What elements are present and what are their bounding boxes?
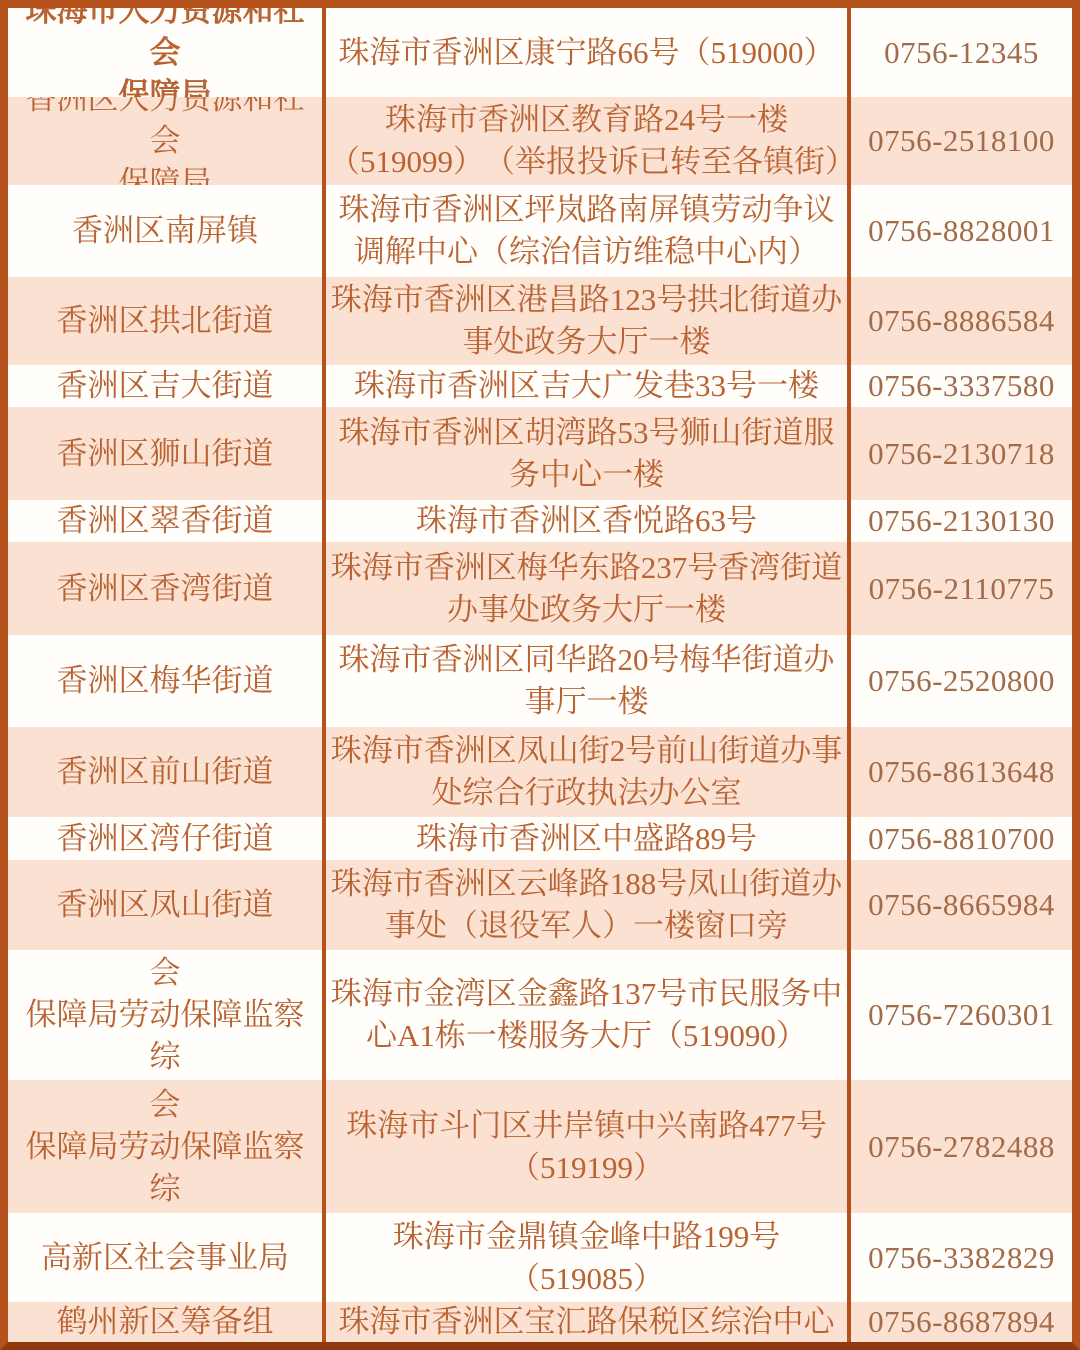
phone-cell: 0756-7260301 <box>851 950 1072 1080</box>
address-cell: 珠海市香洲区教育路24号一楼 （519099） （举报投诉已转至各镇街） <box>322 97 851 185</box>
table-row: 珠海市人力资源和社会 保障局珠海市香洲区康宁路66号（519000）0756-1… <box>8 8 1072 97</box>
org-name-cell: 斗门区人力资源和社会 保障局劳动保障监察综 合执法大队 <box>8 1080 322 1213</box>
org-name-cell: 香洲区香湾街道 <box>8 542 322 635</box>
org-name-cell: 香洲区翠香街道 <box>8 500 322 542</box>
phone-cell: 0756-3382829 <box>851 1213 1072 1302</box>
address-cell: 珠海市香洲区中盛路89号 <box>322 817 851 860</box>
org-name-cell: 香洲区梅华街道 <box>8 635 322 727</box>
table-row: 香洲区人力资源和社会 保障局珠海市香洲区教育路24号一楼 （519099） （举… <box>8 97 1072 185</box>
address-cell: 珠海市香洲区凤山街2号前山街道办事 处综合行政执法办公室 <box>322 727 851 817</box>
table-row: 香洲区湾仔街道珠海市香洲区中盛路89号0756-8810700 <box>8 817 1072 860</box>
org-name-cell: 香洲区狮山街道 <box>8 407 322 500</box>
org-name-cell: 鹤州新区筹备组 <box>8 1302 322 1342</box>
table-row: 斗门区人力资源和社会 保障局劳动保障监察综 合执法大队珠海市斗门区井岸镇中兴南路… <box>8 1080 1072 1213</box>
org-name-cell: 香洲区凤山街道 <box>8 860 322 950</box>
org-name-cell: 香洲区吉大街道 <box>8 365 322 407</box>
address-cell: 珠海市金湾区金鑫路137号市民服务中 心A1栋一楼服务大厅（519090） <box>322 950 851 1080</box>
address-cell: 珠海市香洲区宝汇路保税区综治中心 <box>322 1302 851 1342</box>
table-row: 香洲区梅华街道珠海市香洲区同华路20号梅华街道办 事厅一楼0756-252080… <box>8 635 1072 727</box>
address-cell: 珠海市斗门区井岸镇中兴南路477号 （519199） <box>322 1080 851 1213</box>
org-name-cell: 香洲区南屏镇 <box>8 185 322 277</box>
phone-cell: 0756-2110775 <box>851 542 1072 635</box>
phone-cell: 0756-2130130 <box>851 500 1072 542</box>
table-row: 香洲区翠香街道珠海市香洲区香悦路63号0756-2130130 <box>8 500 1072 542</box>
table-row: 香洲区吉大街道珠海市香洲区吉大广发巷33号一楼0756-3337580 <box>8 365 1072 407</box>
address-cell: 珠海市香洲区康宁路66号（519000） <box>322 8 851 97</box>
address-cell: 珠海市香洲区港昌路123号拱北街道办 事处政务大厅一楼 <box>322 277 851 365</box>
table-row: 香洲区狮山街道珠海市香洲区胡湾路53号狮山街道服 务中心一楼0756-21307… <box>8 407 1072 500</box>
phone-cell: 0756-8613648 <box>851 727 1072 817</box>
phone-cell: 0756-3337580 <box>851 365 1072 407</box>
phone-cell: 0756-8665984 <box>851 860 1072 950</box>
table-row: 香洲区拱北街道珠海市香洲区港昌路123号拱北街道办 事处政务大厅一楼0756-8… <box>8 277 1072 365</box>
address-cell: 珠海市金鼎镇金峰中路199号 （519085） <box>322 1213 851 1302</box>
org-name-cell: 香洲区前山街道 <box>8 727 322 817</box>
table-row: 高新区社会事业局珠海市金鼎镇金峰中路199号 （519085）0756-3382… <box>8 1213 1072 1302</box>
table-row: 金湾区人力资源和社会 保障局劳动保障监察综 合执法大队珠海市金湾区金鑫路137号… <box>8 950 1072 1080</box>
org-name-cell: 高新区社会事业局 <box>8 1213 322 1302</box>
phone-cell: 0756-8828001 <box>851 185 1072 277</box>
phone-cell: 0756-2130718 <box>851 407 1072 500</box>
phone-cell: 0756-2782488 <box>851 1080 1072 1213</box>
address-cell: 珠海市香洲区同华路20号梅华街道办 事厅一楼 <box>322 635 851 727</box>
address-cell: 珠海市香洲区胡湾路53号狮山街道服 务中心一楼 <box>322 407 851 500</box>
org-name-cell: 香洲区人力资源和社会 保障局 <box>8 97 322 185</box>
phone-cell: 0756-8810700 <box>851 817 1072 860</box>
org-name-cell: 香洲区湾仔街道 <box>8 817 322 860</box>
address-cell: 珠海市香洲区吉大广发巷33号一楼 <box>322 365 851 407</box>
phone-cell: 0756-12345 <box>851 8 1072 97</box>
address-cell: 珠海市香洲区香悦路63号 <box>322 500 851 542</box>
org-name-cell: 香洲区拱北街道 <box>8 277 322 365</box>
phone-cell: 0756-2520800 <box>851 635 1072 727</box>
org-name-cell: 金湾区人力资源和社会 保障局劳动保障监察综 合执法大队 <box>8 950 322 1080</box>
contact-table: 珠海市人力资源和社会 保障局珠海市香洲区康宁路66号（519000）0756-1… <box>0 0 1080 1350</box>
address-cell: 珠海市香洲区坪岚路南屏镇劳动争议 调解中心（综治信访维稳中心内） <box>322 185 851 277</box>
table-row: 香洲区南屏镇珠海市香洲区坪岚路南屏镇劳动争议 调解中心（综治信访维稳中心内）07… <box>8 185 1072 277</box>
table-row: 香洲区凤山街道珠海市香洲区云峰路188号凤山街道办 事处（退役军人）一楼窗口旁0… <box>8 860 1072 950</box>
phone-cell: 0756-8886584 <box>851 277 1072 365</box>
table-row: 鹤州新区筹备组珠海市香洲区宝汇路保税区综治中心0756-8687894 <box>8 1302 1072 1342</box>
table-row: 香洲区前山街道珠海市香洲区凤山街2号前山街道办事 处综合行政执法办公室0756-… <box>8 727 1072 817</box>
org-name-cell: 珠海市人力资源和社会 保障局 <box>8 8 322 97</box>
address-cell: 珠海市香洲区云峰路188号凤山街道办 事处（退役军人）一楼窗口旁 <box>322 860 851 950</box>
phone-cell: 0756-8687894 <box>851 1302 1072 1342</box>
address-cell: 珠海市香洲区梅华东路237号香湾街道 办事处政务大厅一楼 <box>322 542 851 635</box>
phone-cell: 0756-2518100 <box>851 97 1072 185</box>
table-row: 香洲区香湾街道珠海市香洲区梅华东路237号香湾街道 办事处政务大厅一楼0756-… <box>8 542 1072 635</box>
